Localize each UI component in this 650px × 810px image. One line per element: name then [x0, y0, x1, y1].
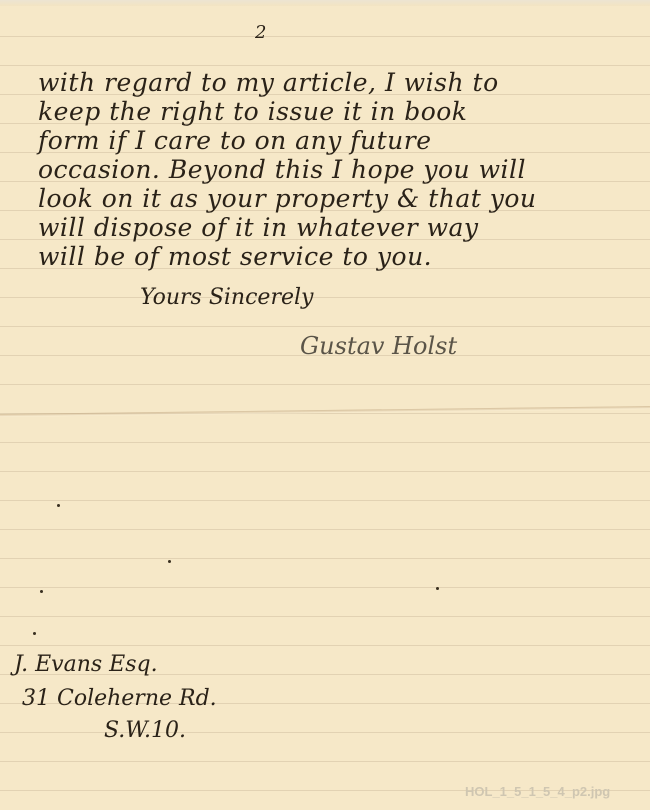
address-line-2: 31 Coleherne Rd. [22, 686, 217, 711]
ink-speck [168, 560, 171, 563]
page-top-edge [0, 0, 650, 6]
address-line-3: S.W.10. [104, 718, 186, 743]
body-line-3: form if I care to on any future [38, 126, 432, 155]
address-line-1: J. Evans Esq. [14, 652, 158, 677]
body-line-2: keep the right to issue it in book [38, 97, 467, 126]
paper-fold [0, 406, 650, 417]
ink-speck [436, 587, 439, 590]
page-number: 2 [255, 22, 266, 43]
ink-speck [40, 590, 43, 593]
body-line-6: will dispose of it in whatever way [38, 213, 479, 242]
body-line-7: will be of most service to you. [38, 242, 432, 271]
body-line-4: occasion. Beyond this I hope you will [38, 155, 526, 184]
letter-page: 2 with regard to my article, I wish to k… [0, 0, 650, 810]
closing: Yours Sincerely [140, 285, 313, 310]
ink-speck [57, 504, 60, 507]
file-label: HOL_1_5_1_5_4_p2.jpg [465, 784, 610, 799]
ink-speck [33, 632, 36, 635]
body-line-5: look on it as your property & that you [38, 184, 537, 213]
body-line-1: with regard to my article, I wish to [38, 68, 499, 97]
signature: Gustav Holst [300, 332, 457, 360]
